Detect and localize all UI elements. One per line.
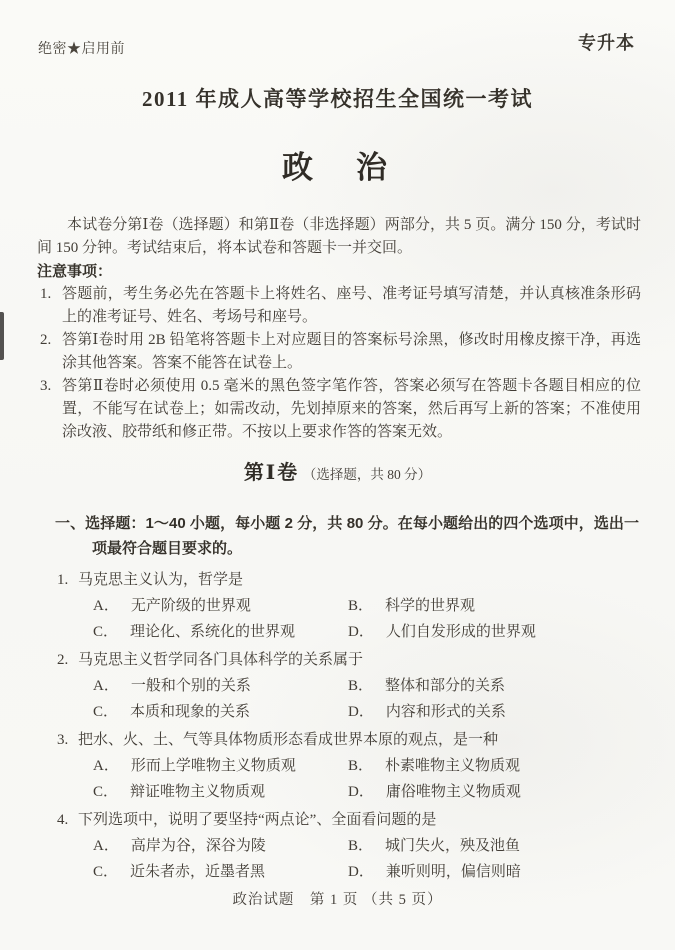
option-d: D．内容和形式的关系 — [348, 699, 645, 725]
intro-paragraph: 本试卷分第Ⅰ卷（选择题）和第Ⅱ卷（非选择题）两部分，共 5 页。满分 150 分… — [37, 214, 641, 260]
note-number: 1. — [40, 283, 62, 329]
section-title-sub: （选择题，共 80 分） — [303, 467, 431, 482]
note-item: 2. 答第Ⅰ卷时用 2B 铅笔将答题卡上对应题目的答案标号涂黑，修改时用橡皮擦干… — [40, 329, 641, 375]
section-instruction: 一、选择题：1～40 小题，每小题 2 分，共 80 分。在每小题给出的四个选项… — [92, 511, 639, 561]
question-4: 4.下列选项中，说明了要坚持“两点论”、全面看问题的是 A．高岸为谷，深谷为陵 … — [0, 807, 675, 885]
subject-title: 政 治 — [0, 142, 675, 187]
note-number: 3. — [40, 375, 62, 444]
option-label: D． — [348, 779, 374, 805]
option-c: C．本质和现象的关系 — [93, 699, 348, 725]
question-number: 1. — [57, 567, 78, 593]
option-label: D． — [348, 699, 374, 725]
question-1: 1.马克思主义认为，哲学是 A．无产阶级的世界观 B．科学的世界观 C．理论化、… — [0, 567, 675, 645]
question-3: 3.把水、火、土、气等具体物质形态看成世界本原的观点，是一种 A．形而上学唯物主… — [0, 727, 675, 805]
question-stem-text: 马克思主义认为，哲学是 — [78, 572, 243, 588]
exam-title: 2011 年成人高等学校招生全国统一考试 — [0, 83, 675, 113]
page-header: 绝密★启用前 专升本 — [38, 36, 637, 58]
section-title: 第Ⅰ卷 （选择题，共 80 分） — [0, 458, 675, 490]
note-text: 答第Ⅰ卷时用 2B 铅笔将答题卡上对应题目的答案标号涂黑，修改时用橡皮擦干净，再… — [62, 329, 641, 375]
option-label: C． — [93, 779, 118, 805]
question-stem: 3.把水、火、土、气等具体物质形态看成世界本原的观点，是一种 — [57, 727, 641, 753]
option-label: A． — [93, 753, 119, 779]
note-text: 答第Ⅱ卷时必须使用 0.5 毫米的黑色签字笔作答，答案必须写在答题卡各题目相应的… — [62, 375, 641, 444]
option-grid: A．形而上学唯物主义物质观 B．朴素唯物主义物质观 C．辩证唯物主义物质观 D．… — [93, 753, 645, 805]
option-b: B．整体和部分的关系 — [348, 673, 645, 699]
option-a: A．一般和个别的关系 — [93, 673, 348, 699]
option-label: C． — [93, 619, 118, 645]
question-number: 3. — [57, 727, 78, 753]
question-number: 2. — [57, 647, 78, 673]
option-text: 一般和个别的关系 — [131, 678, 251, 694]
option-label: B． — [348, 833, 373, 859]
classification-label: 绝密★启用前 — [38, 38, 125, 58]
section-title-main: 第Ⅰ卷 — [244, 462, 299, 484]
question-stem: 1.马克思主义认为，哲学是 — [57, 567, 641, 593]
note-number: 2. — [40, 329, 62, 375]
option-label: D． — [348, 859, 374, 885]
option-b: B．科学的世界观 — [348, 593, 645, 619]
option-grid: A．高岸为谷，深谷为陵 B．城门失火，殃及池鱼 C．近朱者赤，近墨者黑 D．兼听… — [93, 833, 645, 885]
option-d: D．庸俗唯物主义物质观 — [348, 779, 645, 805]
option-label: B． — [348, 593, 373, 619]
option-text: 近朱者赤，近墨者黑 — [130, 864, 265, 880]
question-stem: 4.下列选项中，说明了要坚持“两点论”、全面看问题的是 — [57, 807, 641, 833]
option-label: D． — [348, 619, 374, 645]
question-number: 4. — [57, 807, 78, 833]
option-label: A． — [93, 593, 119, 619]
option-d: D．兼听则明，偏信则暗 — [348, 859, 645, 885]
option-label: A． — [93, 833, 119, 859]
option-grid: A．无产阶级的世界观 B．科学的世界观 C．理论化、系统化的世界观 D．人们自发… — [93, 593, 645, 645]
notes-heading: 注意事项： — [37, 260, 641, 283]
option-c: C．辩证唯物主义物质观 — [93, 779, 348, 805]
option-text: 整体和部分的关系 — [385, 678, 505, 694]
option-text: 庸俗唯物主义物质观 — [386, 784, 521, 800]
option-c: C．近朱者赤，近墨者黑 — [93, 859, 348, 885]
option-a: A．高岸为谷，深谷为陵 — [93, 833, 348, 859]
option-text: 科学的世界观 — [385, 598, 475, 614]
option-text: 本质和现象的关系 — [130, 704, 250, 720]
option-text: 人们自发形成的世界观 — [386, 624, 536, 640]
option-d: D．人们自发形成的世界观 — [348, 619, 645, 645]
question-stem-text: 马克思主义哲学同各门具体科学的关系属于 — [78, 652, 363, 668]
option-label: B． — [348, 753, 373, 779]
exam-paper-page: 绝密★启用前 专升本 2011 年成人高等学校招生全国统一考试 政 治 本试卷分… — [0, 0, 675, 950]
option-text: 高岸为谷，深谷为陵 — [131, 838, 266, 854]
option-text: 无产阶级的世界观 — [131, 598, 251, 614]
option-label: C． — [93, 699, 118, 725]
question-stem-text: 下列选项中，说明了要坚持“两点论”、全面看问题的是 — [78, 812, 436, 828]
option-text: 内容和形式的关系 — [386, 704, 506, 720]
option-b: B．城门失火，殃及池鱼 — [348, 833, 645, 859]
question-2: 2.马克思主义哲学同各门具体科学的关系属于 A．一般和个别的关系 B．整体和部分… — [0, 647, 675, 725]
question-stem: 2.马克思主义哲学同各门具体科学的关系属于 — [57, 647, 641, 673]
note-item: 1. 答题前，考生务必先在答题卡上将姓名、座号、准考证号填写清楚，并认真核准条形… — [40, 283, 641, 329]
question-stem-text: 把水、火、土、气等具体物质形态看成世界本原的观点，是一种 — [78, 732, 498, 748]
option-grid: A．一般和个别的关系 B．整体和部分的关系 C．本质和现象的关系 D．内容和形式… — [93, 673, 645, 725]
option-label: B． — [348, 673, 373, 699]
option-text: 辩证唯物主义物质观 — [130, 784, 265, 800]
scan-artifact — [0, 312, 4, 360]
question-list: 1.马克思主义认为，哲学是 A．无产阶级的世界观 B．科学的世界观 C．理论化、… — [0, 567, 675, 885]
note-item: 3. 答第Ⅱ卷时必须使用 0.5 毫米的黑色签字笔作答，答案必须写在答题卡各题目… — [40, 375, 641, 444]
note-text: 答题前，考生务必先在答题卡上将姓名、座号、准考证号填写清楚，并认真核准条形码上的… — [62, 283, 641, 329]
option-text: 理论化、系统化的世界观 — [130, 624, 295, 640]
option-a: A．形而上学唯物主义物质观 — [93, 753, 348, 779]
option-text: 兼听则明，偏信则暗 — [386, 864, 521, 880]
option-label: A． — [93, 673, 119, 699]
option-c: C．理论化、系统化的世界观 — [93, 619, 348, 645]
option-text: 形而上学唯物主义物质观 — [131, 758, 296, 774]
option-b: B．朴素唯物主义物质观 — [348, 753, 645, 779]
option-text: 城门失火，殃及池鱼 — [385, 838, 520, 854]
program-level-label: 专升本 — [578, 29, 635, 55]
option-text: 朴素唯物主义物质观 — [385, 758, 520, 774]
intro-section: 本试卷分第Ⅰ卷（选择题）和第Ⅱ卷（非选择题）两部分，共 5 页。满分 150 分… — [0, 214, 675, 444]
page-footer: 政治试题 第 1 页 （共 5 页） — [0, 888, 675, 909]
option-label: C． — [93, 859, 118, 885]
option-a: A．无产阶级的世界观 — [93, 593, 348, 619]
